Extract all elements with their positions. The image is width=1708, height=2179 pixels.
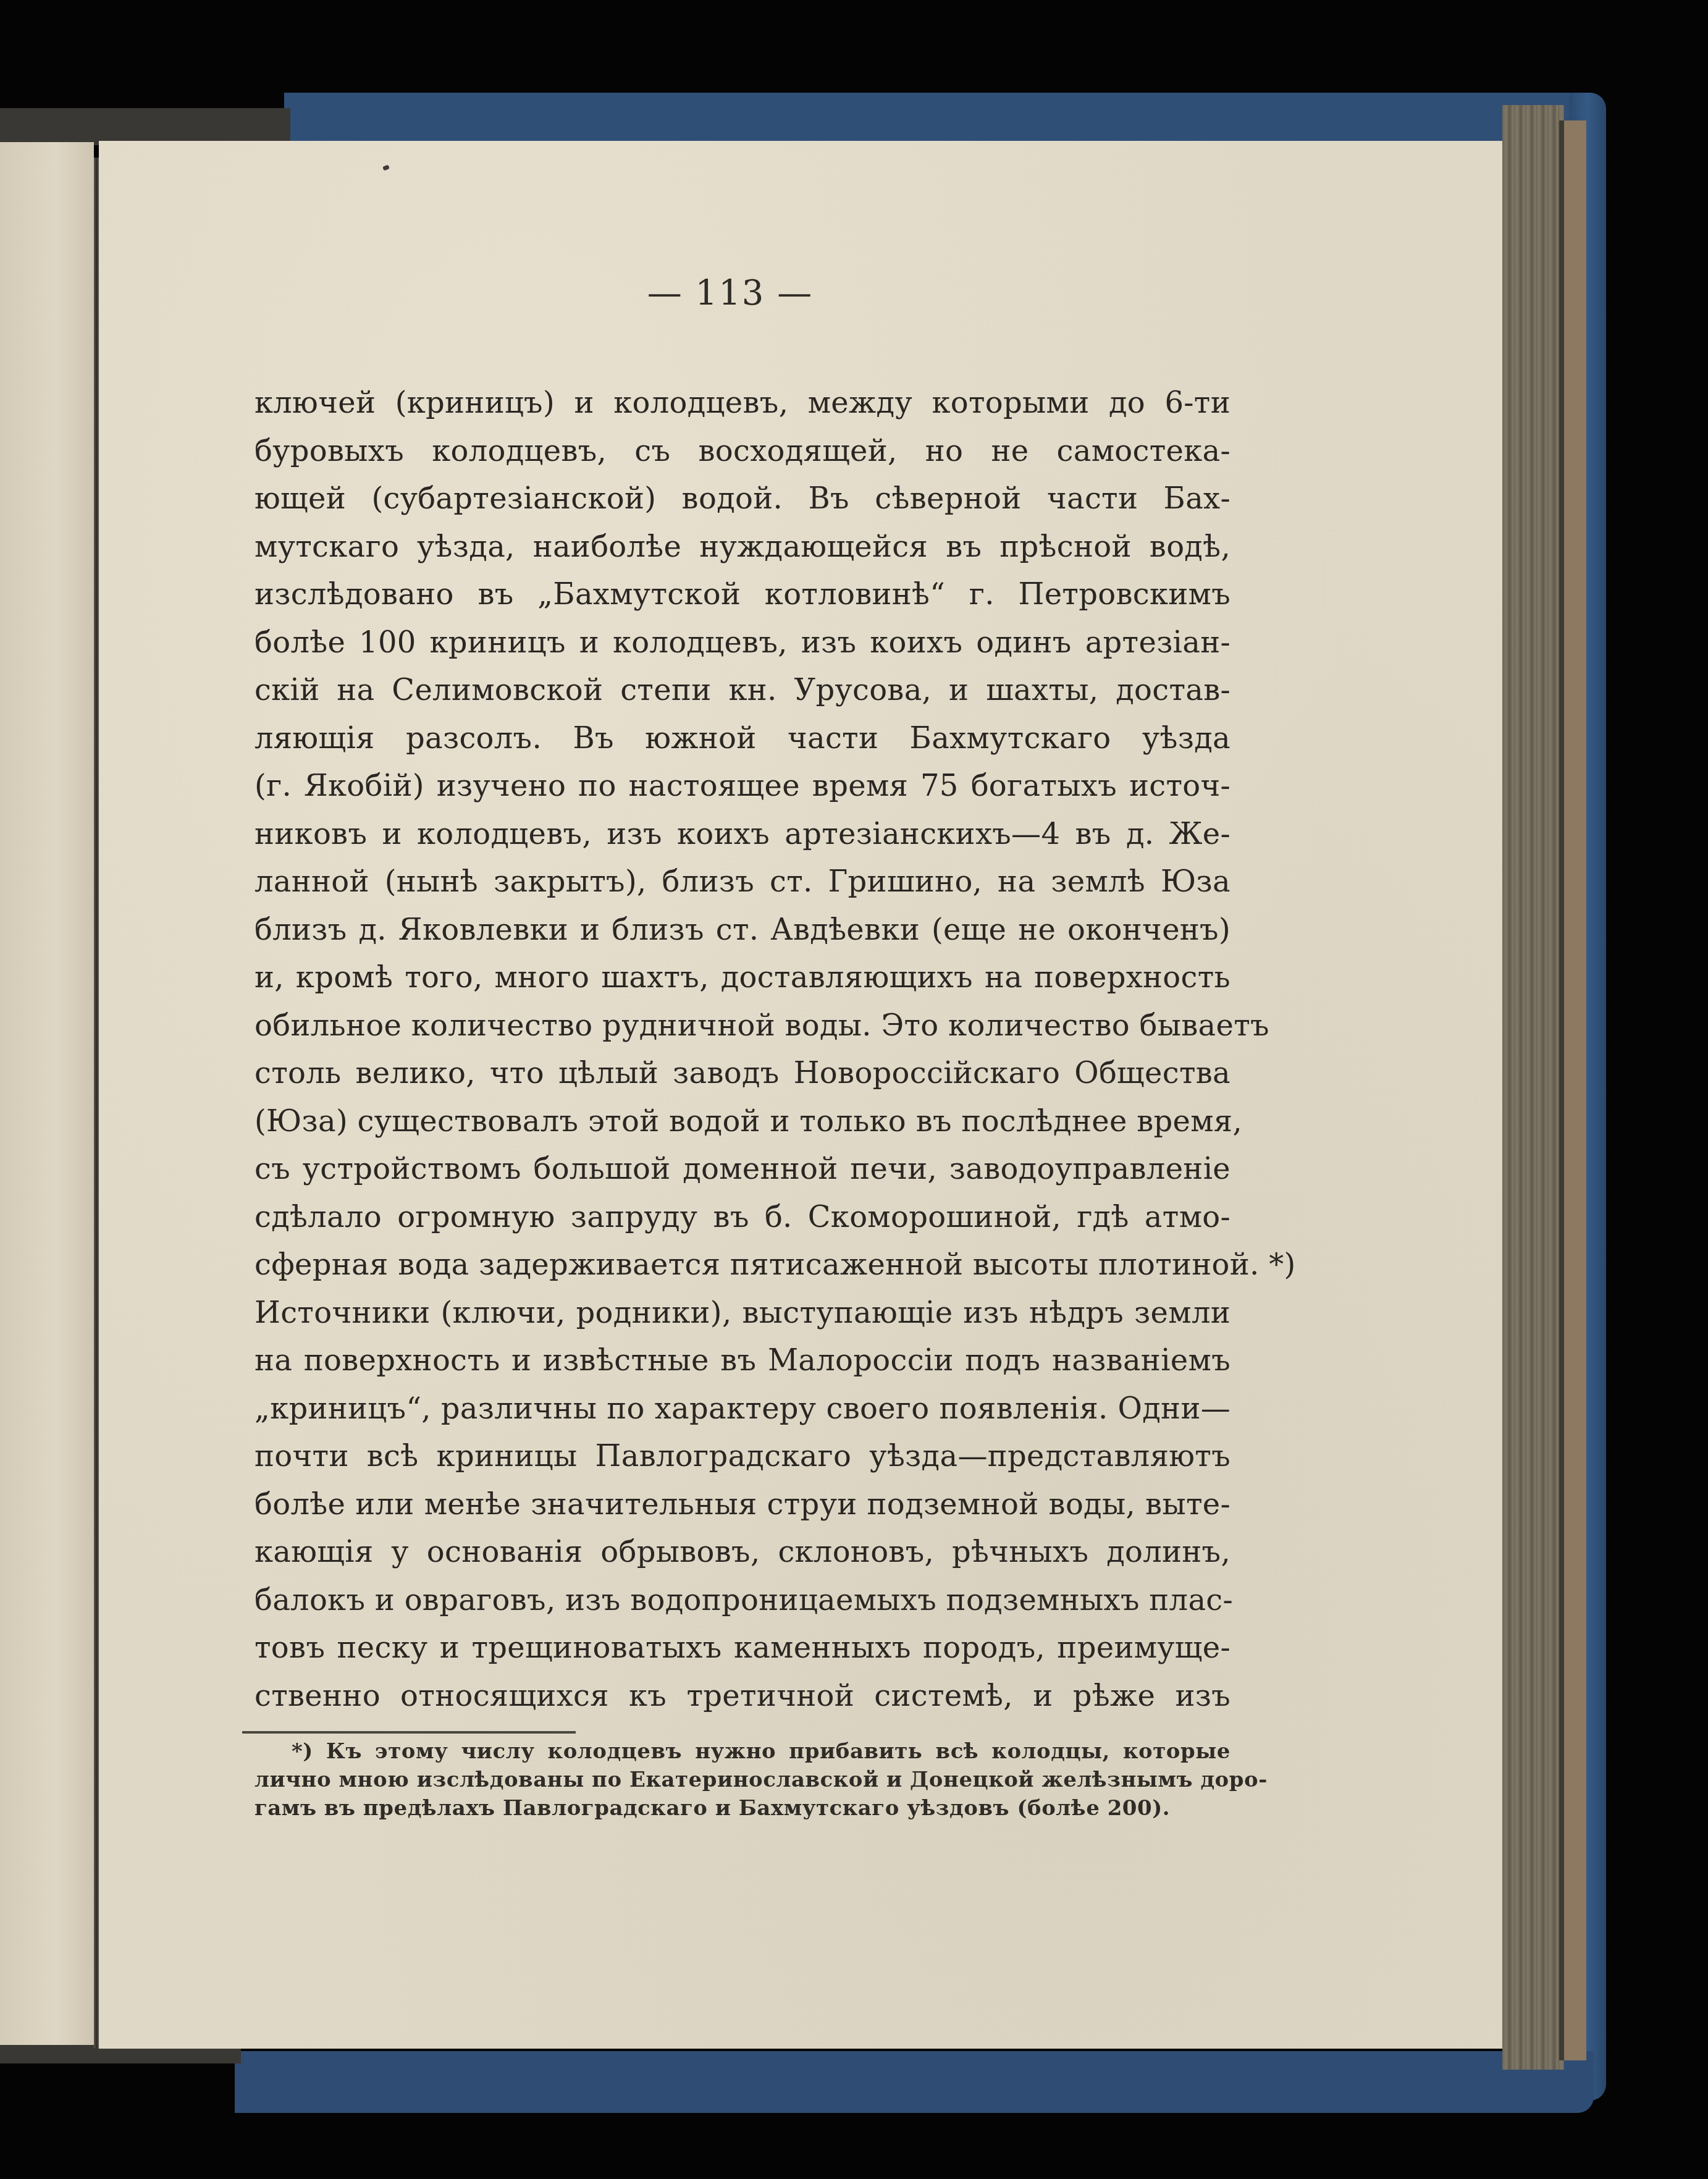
text-line: буровыхъ колодцевъ, съ восходящей, но не… bbox=[255, 428, 1231, 476]
text-line: мутскаго уѣзда, наиболѣе нуждающейся въ … bbox=[255, 523, 1231, 571]
page-number: — 113 — bbox=[230, 266, 1231, 321]
text-line: (г. Якобій) изучено по настоящее время 7… bbox=[255, 762, 1231, 811]
text-line: сдѣлало огромную запруду въ б. Скомороши… bbox=[255, 1194, 1231, 1242]
spine-top-edge bbox=[0, 108, 290, 145]
text-line: ственно относящихся къ третичной системѣ… bbox=[255, 1672, 1231, 1721]
text-line: близъ д. Яковлевки и близъ ст. Авдѣевки … bbox=[255, 906, 1231, 955]
footnote-separator bbox=[242, 1731, 576, 1734]
text-line: почти всѣ криницы Павлоградскаго уѣзда—п… bbox=[255, 1433, 1231, 1481]
text-line: товъ песку и трещиноватыхъ каменныхъ пор… bbox=[255, 1624, 1231, 1672]
text-line: Источники (ключи, родники), выступающіе … bbox=[255, 1289, 1231, 1338]
footnote-line: гамъ въ предѣлахъ Павлоградскаго и Бахму… bbox=[255, 1794, 1231, 1823]
text-line: болѣе или менѣе значительныя струи подзе… bbox=[255, 1481, 1231, 1529]
footnote-line: *) Къ этому числу колодцевъ нужно прибав… bbox=[255, 1737, 1231, 1766]
text-line: ляющія разсолъ. Въ южной части Бахмутска… bbox=[255, 715, 1231, 763]
text-line: столь велико, что цѣлый заводъ Новороссі… bbox=[255, 1050, 1231, 1098]
page-edges-stack bbox=[1502, 105, 1564, 2070]
text-line: сферная вода задерживается пятисаженной … bbox=[255, 1241, 1231, 1289]
footnote: *) Къ этому числу колодцевъ нужно прибав… bbox=[255, 1737, 1231, 1823]
book-cover-bottom-edge bbox=[235, 2051, 1594, 2113]
text-line: (Юза) существовалъ этой водой и только в… bbox=[255, 1098, 1231, 1146]
text-line: ключей (криницъ) и колодцевъ, между кото… bbox=[255, 379, 1231, 428]
text-line: балокъ и овраговъ, изъ водопроницаемыхъ … bbox=[255, 1577, 1231, 1625]
body-text: ключей (криницъ) и колодцевъ, между кото… bbox=[255, 379, 1231, 1720]
text-line: кающія у основанія обрывовъ, склоновъ, р… bbox=[255, 1528, 1231, 1577]
scan-background: — 113 — ключей (криницъ) и колодцевъ, ме… bbox=[0, 0, 1708, 2179]
text-line: никовъ и колодцевъ, изъ коихъ артезіанск… bbox=[255, 811, 1231, 859]
text-line: скій на Селимовской степи кн. Урусова, и… bbox=[255, 667, 1231, 715]
text-line: „криницъ“, различны по характеру своего … bbox=[255, 1385, 1231, 1433]
text-line: обильное количество рудничной воды. Это … bbox=[255, 1002, 1231, 1050]
book-cover-top-edge bbox=[284, 93, 1600, 142]
left-page-sliver bbox=[0, 142, 94, 2045]
text-line: съ устройствомъ большой доменной печи, з… bbox=[255, 1145, 1231, 1194]
text-line: на поверхность и извѣстные въ Малороссіи… bbox=[255, 1337, 1231, 1385]
text-line: болѣе 100 криницъ и колодцевъ, изъ коихъ… bbox=[255, 619, 1231, 667]
page-content: — 113 — ключей (криницъ) и колодцевъ, ме… bbox=[255, 266, 1231, 1823]
text-line: изслѣдовано въ „Бахмутской котловинѣ“ г.… bbox=[255, 571, 1231, 619]
footnote-line: лично мною изслѣдованы по Екатеринославс… bbox=[255, 1766, 1231, 1794]
text-line: ющей (субартезіанской) водой. Въ сѣверно… bbox=[255, 475, 1231, 523]
text-line: ланной (нынѣ закрытъ), близъ ст. Гришино… bbox=[255, 858, 1231, 906]
endpaper-edge bbox=[1564, 120, 1586, 2060]
text-line: и, кромѣ того, много шахтъ, доставляющих… bbox=[255, 954, 1231, 1002]
